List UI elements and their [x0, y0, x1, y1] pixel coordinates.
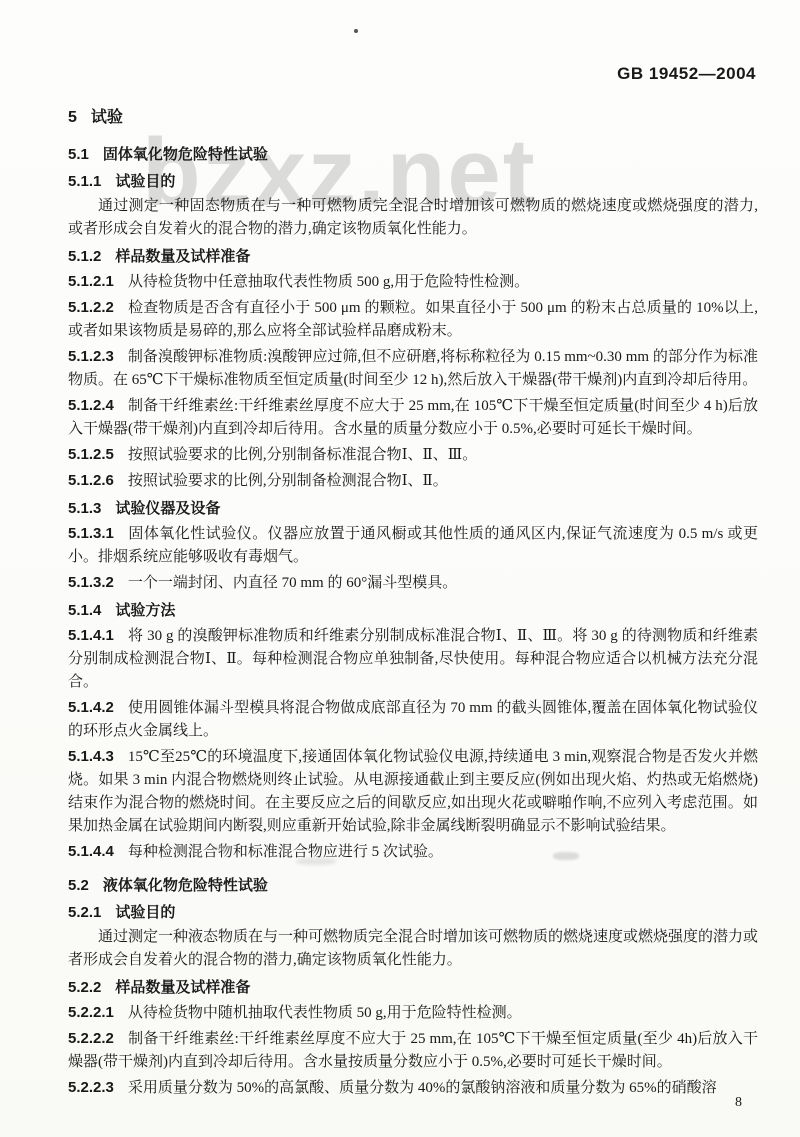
clause-number: 5.1.2.6	[68, 472, 114, 489]
section-heading: 5.1.3试验仪器及设备	[68, 497, 758, 520]
clause-number: 5.2.2.1	[68, 1004, 114, 1021]
clause-number: 5.1.4.4	[68, 843, 114, 860]
section-heading: 5.1.1试验目的	[68, 170, 758, 193]
paragraph-text: 按照试验要求的比例,分别制备标准混合物Ⅰ、Ⅱ、Ⅲ。	[128, 447, 477, 463]
paragraph-text: 固体氧化性试验仪。仪器应放置于通风橱或其他性质的通风区内,保证气流速度为 0.5…	[68, 526, 758, 565]
clause-number: 5.2.2	[68, 979, 101, 996]
clause-paragraph: 5.2.2.3采用质量分数为 50%的高氯酸、质量分数为 40%的氯酸钠溶液和质…	[68, 1076, 758, 1100]
clause-number: 5.2.2.2	[68, 1030, 114, 1047]
clause-paragraph: 5.1.2.3制备溴酸钾标准物质:溴酸钾应过筛,但不应研磨,将标称粒径为 0.1…	[68, 345, 758, 392]
clause-paragraph: 5.2.2.2制备干纤维素丝:干纤维素丝厚度不应大于 25 mm,在 105℃下…	[68, 1027, 758, 1074]
clause-paragraph: 5.1.4.1将 30 g 的溴酸钾标准物质和纤维素分别制成标准混合物Ⅰ、Ⅱ、Ⅲ…	[68, 624, 758, 694]
heading-text: 试验仪器及设备	[115, 500, 220, 517]
clause-number: 5.2.2.3	[68, 1079, 114, 1096]
clause-paragraph: 5.1.3.2一个一端封闭、内直径 70 mm 的 60°漏斗型模具。	[68, 571, 758, 595]
clause-paragraph: 5.1.4.315℃至25℃的环境温度下,接通固体氧化物试验仪电源,持续通电 3…	[68, 745, 758, 838]
standard-number-header: GB 19452—2004	[617, 64, 756, 84]
paragraph-text: 制备溴酸钾标准物质:溴酸钾应过筛,但不应研磨,将标称粒径为 0.15 mm~0.…	[68, 349, 758, 388]
heading-text: 试验方法	[115, 602, 175, 619]
section-heading: 5.2液体氧化物危险特性试验	[68, 874, 758, 897]
clause-number: 5.1.3.2	[68, 574, 114, 591]
clause-number: 5.1.3.1	[68, 525, 114, 542]
heading-text: 样品数量及试样准备	[115, 248, 250, 265]
paragraph-text: 从待检货物中任意抽取代表性物质 500 g,用于危险特性检测。	[128, 274, 529, 290]
clause-paragraph: 5.1.2.2检查物质是否含有直径小于 500 μm 的颗粒。如果直径小于 50…	[68, 296, 758, 343]
clause-number: 5.1.4	[68, 602, 101, 619]
section-heading: 5.1.2样品数量及试样准备	[68, 245, 758, 268]
clause-number: 5.2.1	[68, 904, 101, 921]
clause-number: 5.1.1	[68, 173, 101, 190]
clause-paragraph: 5.1.2.5按照试验要求的比例,分别制备标准混合物Ⅰ、Ⅱ、Ⅲ。	[68, 443, 758, 467]
clause-number: 5.1.2	[68, 248, 101, 265]
clause-number: 5.1.2.4	[68, 397, 114, 414]
heading-text: 试验	[91, 109, 123, 126]
paragraph-text: 每种检测混合物和标准混合物应进行 5 次试验。	[128, 844, 443, 860]
clause-number: 5.1.2.3	[68, 348, 114, 365]
paragraph-text: 采用质量分数为 50%的高氯酸、质量分数为 40%的氯酸钠溶液和质量分数为 65…	[128, 1080, 717, 1096]
paragraph-text: 按照试验要求的比例,分别制备检测混合物Ⅰ、Ⅱ。	[128, 473, 448, 489]
scanned-document-page: GB 19452—2004 bzxz.net 5试验 5.1固体氧化物危险特性试…	[0, 0, 800, 1137]
section-heading: 5.1固体氧化物危险特性试验	[68, 143, 758, 166]
paragraph-text: 15℃至25℃的环境温度下,接通固体氧化物试验仪电源,持续通电 3 min,观察…	[68, 749, 758, 834]
heading-text: 试验目的	[115, 904, 175, 921]
paragraph-text: 检查物质是否含有直径小于 500 μm 的颗粒。如果直径小于 500 μm 的粉…	[68, 300, 758, 339]
paragraph-text: 制备干纤维素丝:干纤维素丝厚度不应大于 25 mm,在 105℃下干燥至恒定质量…	[68, 398, 758, 437]
clause-number: 5	[68, 109, 77, 126]
clause-paragraph: 5.1.2.1从待检货物中任意抽取代表性物质 500 g,用于危险特性检测。	[68, 270, 758, 294]
paragraph-text: 使用圆锥体漏斗型模具将混合物做成底部直径为 70 mm 的截头圆锥体,覆盖在固体…	[68, 700, 758, 739]
clause-number: 5.2	[68, 877, 89, 894]
clause-number: 5.1.2.5	[68, 446, 114, 463]
clause-paragraph: 5.1.4.4每种检测混合物和标准混合物应进行 5 次试验。	[68, 840, 758, 864]
body-paragraph: 通过测定一种液态物质在与一种可燃物质完全混合时增加该可燃物质的燃烧速度或燃烧强度…	[68, 926, 758, 972]
heading-text: 样品数量及试样准备	[115, 979, 250, 996]
scan-smudge	[296, 858, 336, 865]
heading-text: 液体氧化物危险特性试验	[103, 877, 268, 894]
clause-number: 5.1.2.2	[68, 299, 114, 316]
paragraph-text: 将 30 g 的溴酸钾标准物质和纤维素分别制成标准混合物Ⅰ、Ⅱ、Ⅲ。将 30 g…	[68, 628, 758, 690]
paragraph-text: 通过测定一种液态物质在与一种可燃物质完全混合时增加该可燃物质的燃烧速度或燃烧强度…	[68, 929, 758, 968]
scan-smudge	[214, 845, 232, 851]
clause-number: 5.1.2.1	[68, 273, 114, 290]
paragraph-text: 通过测定一种固态物质在与一种可燃物质完全混合时增加该可燃物质的燃烧速度或燃烧强度…	[68, 198, 758, 237]
clause-number: 5.1.4.2	[68, 699, 114, 716]
document-body: 5试验 5.1固体氧化物危险特性试验 5.1.1试验目的 通过测定一种固态物质在…	[68, 106, 758, 1100]
clause-paragraph: 5.1.3.1固体氧化性试验仪。仪器应放置于通风橱或其他性质的通风区内,保证气流…	[68, 522, 758, 569]
paragraph-text: 从待检货物中随机抽取代表性物质 50 g,用于危险特性检测。	[128, 1005, 522, 1021]
heading-text: 固体氧化物危险特性试验	[103, 146, 268, 163]
clause-number: 5.1.4.3	[68, 748, 114, 765]
page-number: 8	[735, 1095, 742, 1111]
heading-text: 试验目的	[115, 173, 175, 190]
clause-number: 5.1.4.1	[68, 627, 114, 644]
body-paragraph: 通过测定一种固态物质在与一种可燃物质完全混合时增加该可燃物质的燃烧速度或燃烧强度…	[68, 195, 758, 241]
clause-paragraph: 5.1.2.6按照试验要求的比例,分别制备检测混合物Ⅰ、Ⅱ。	[68, 469, 758, 493]
clause-paragraph: 5.1.2.4制备干纤维素丝:干纤维素丝厚度不应大于 25 mm,在 105℃下…	[68, 394, 758, 441]
scan-speck	[354, 29, 358, 33]
clause-paragraph: 5.1.4.2使用圆锥体漏斗型模具将混合物做成底部直径为 70 mm 的截头圆锥…	[68, 696, 758, 743]
clause-number: 5.1.3	[68, 500, 101, 517]
scan-smudge	[553, 852, 579, 860]
paragraph-text: 一个一端封闭、内直径 70 mm 的 60°漏斗型模具。	[128, 575, 457, 591]
section-heading: 5.2.1试验目的	[68, 901, 758, 924]
section-heading: 5.1.4试验方法	[68, 599, 758, 622]
paragraph-text: 制备干纤维素丝:干纤维素丝厚度不应大于 25 mm,在 105℃下干燥至恒定质量…	[68, 1031, 758, 1070]
section-heading: 5试验	[68, 106, 758, 129]
clause-number: 5.1	[68, 146, 89, 163]
clause-paragraph: 5.2.2.1从待检货物中随机抽取代表性物质 50 g,用于危险特性检测。	[68, 1001, 758, 1025]
section-heading: 5.2.2样品数量及试样准备	[68, 976, 758, 999]
